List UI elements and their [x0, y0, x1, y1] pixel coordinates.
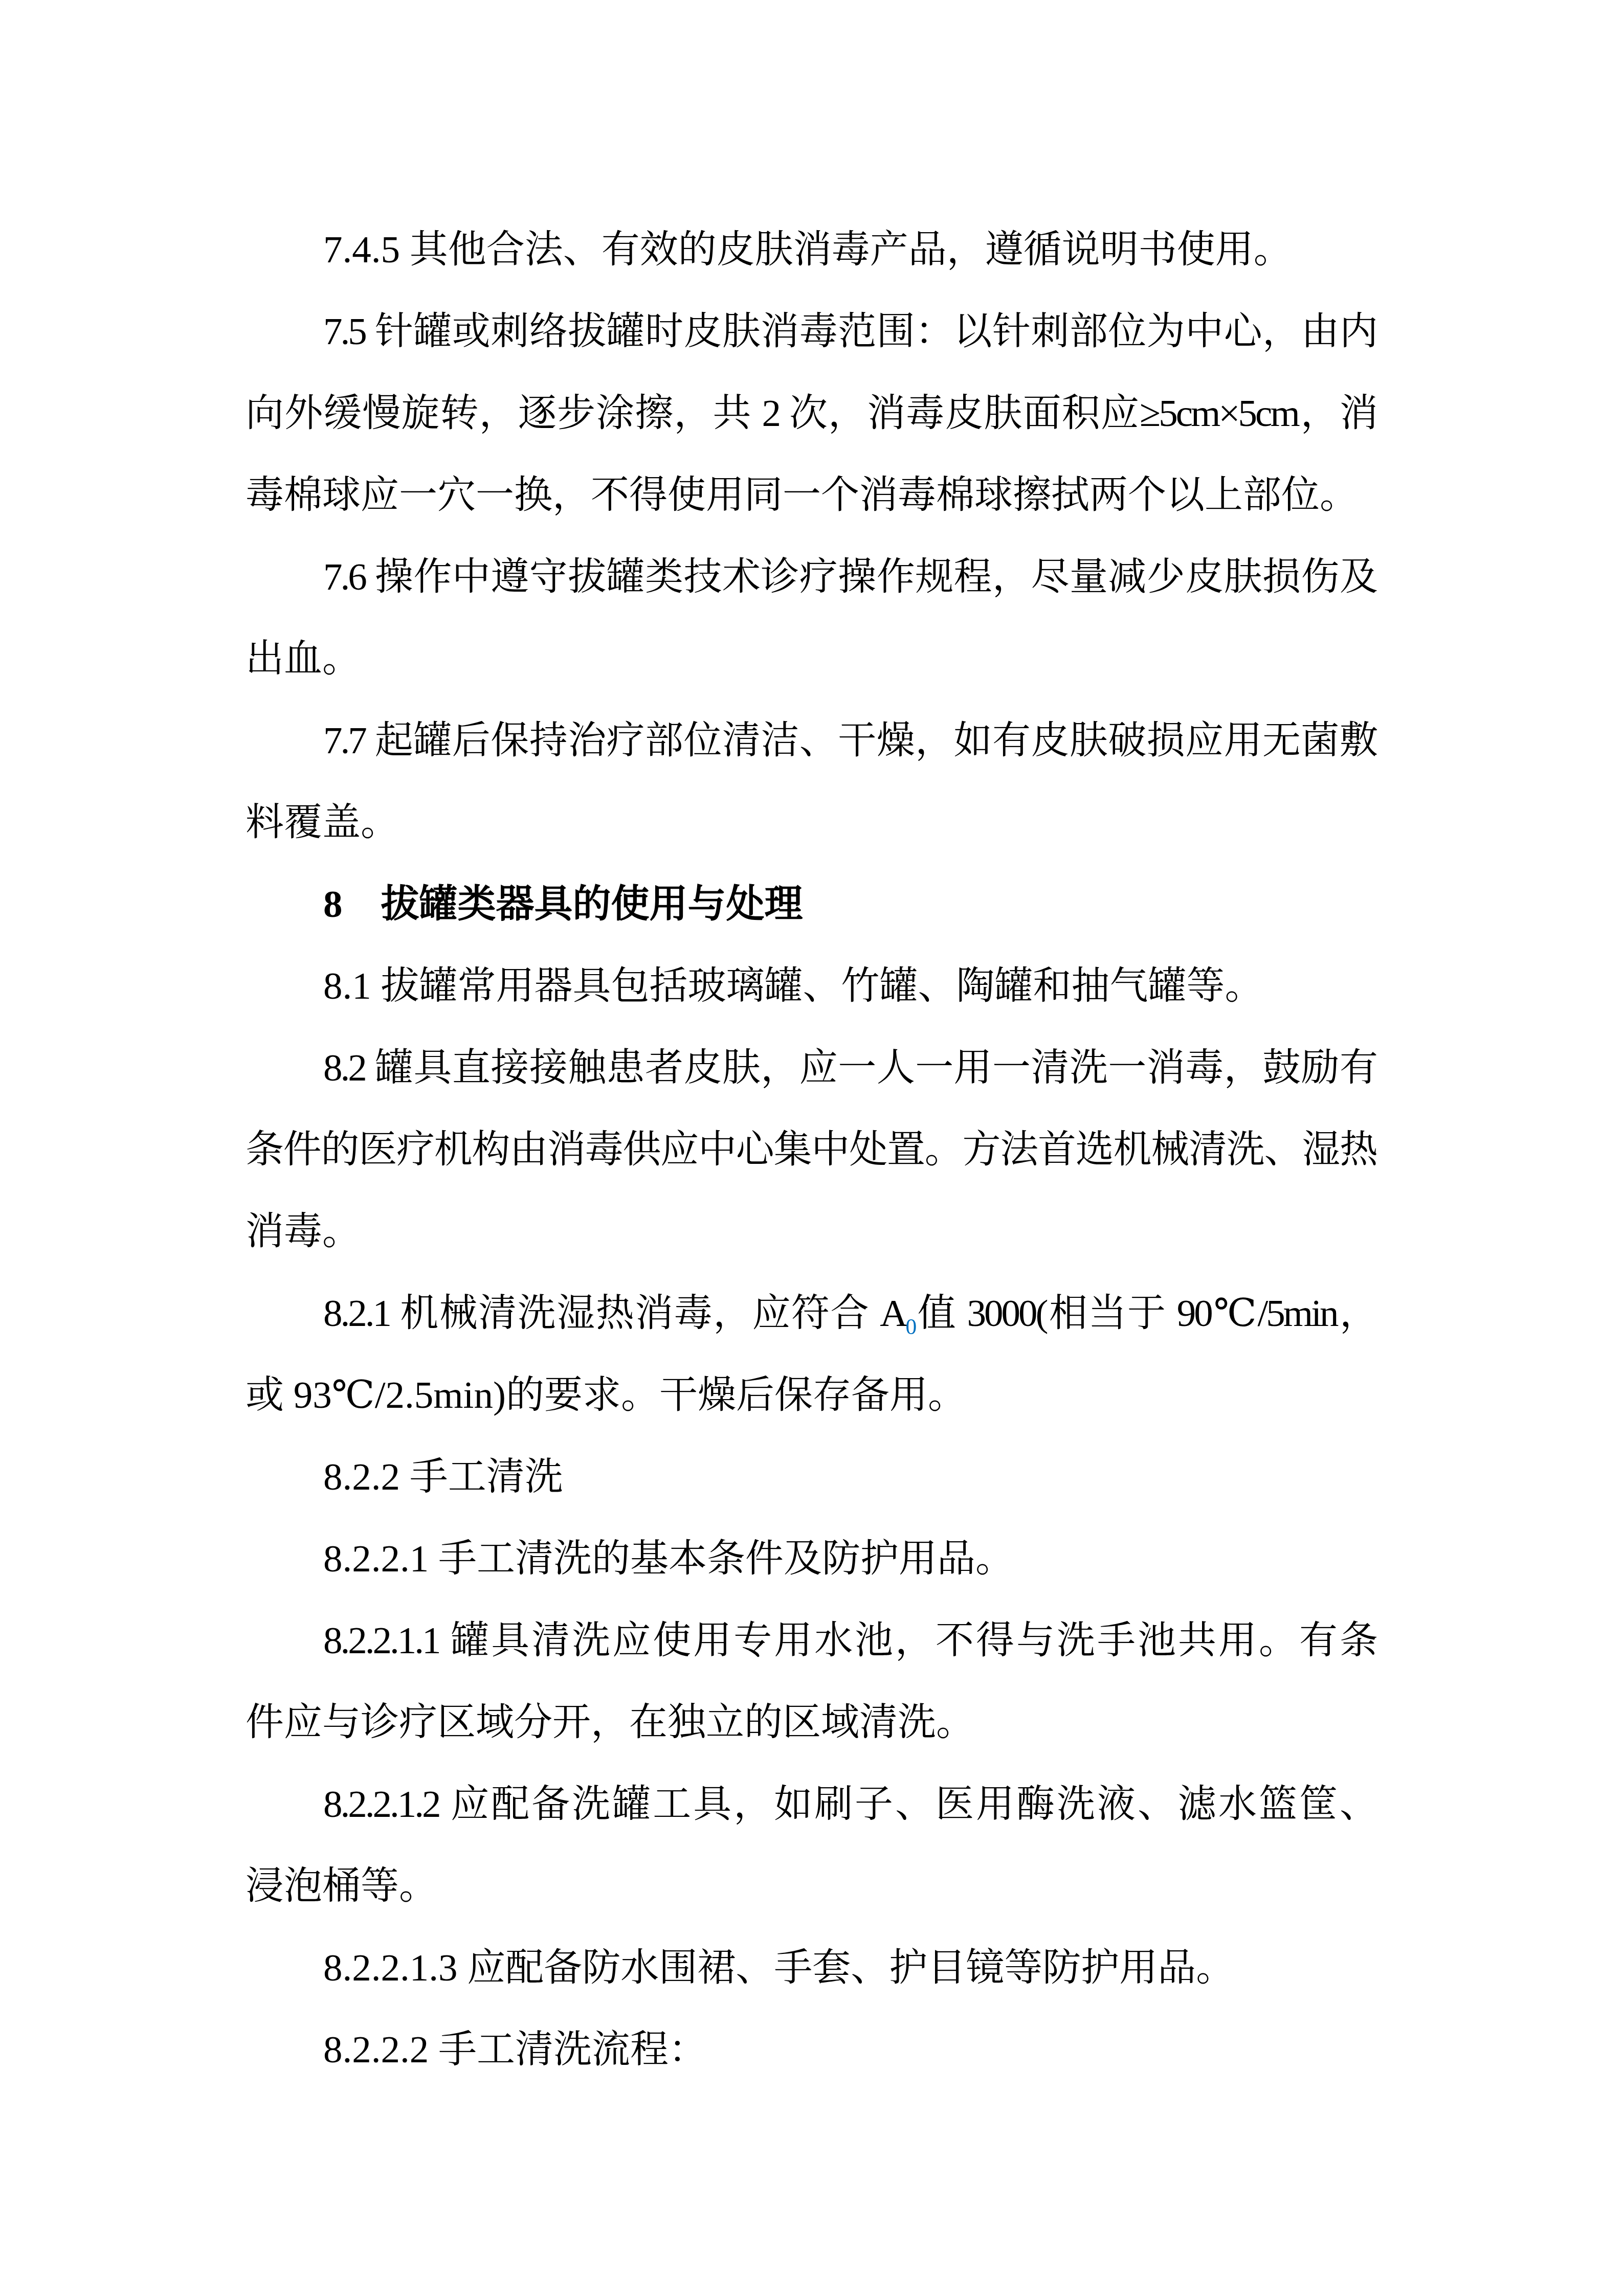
a0-line-after: 值 3000(相当于 90℃/5min，	[915, 1292, 1376, 1335]
line-7-6-cont: 出血。	[246, 618, 1376, 700]
section-8-heading: 8 拔罐类器具的使用与处理	[246, 864, 1376, 946]
line-8-1: 8.1 拔罐常用器具包括玻璃罐、竹罐、陶罐和抽气罐等。	[246, 946, 1376, 1027]
line-7-6: 7.6 操作中遵守拔罐类技术诊疗操作规程，尽量减少皮肤损伤及	[246, 536, 1376, 618]
line-8-2-1: 8.2.1 机械清洗湿热消毒，应符合 A0值 3000(相当于 90℃/5min…	[246, 1273, 1376, 1355]
line-7-7: 7.7 起罐后保持治疗部位清洁、干燥，如有皮肤破损应用无菌敷	[246, 700, 1376, 782]
line-8-2-2-1-1: 8.2.2.1.1 罐具清洗应使用专用水池，不得与洗手池共用。有条	[246, 1600, 1376, 1682]
line-8-2-2-1-3: 8.2.2.1.3 应配备防水围裙、手套、护目镜等防护用品。	[246, 1927, 1376, 2009]
line-7-5-cont-1: 向外缓慢旋转，逐步涂擦，共 2 次，消毒皮肤面积应≥5cm×5cm，消	[246, 373, 1376, 455]
line-8-2-2-1: 8.2.2.1 手工清洗的基本条件及防护用品。	[246, 1518, 1376, 1600]
line-7-5: 7.5 针罐或刺络拔罐时皮肤消毒范围：以针刺部位为中心，由内	[246, 291, 1376, 373]
line-8-2-2-1-1-cont: 件应与诊疗区域分开，在独立的区域清洗。	[246, 1682, 1376, 1764]
line-8-2-2-2: 8.2.2.2 手工清洗流程：	[246, 2009, 1376, 2091]
line-7-4-5: 7.4.5 其他合法、有效的皮肤消毒产品，遵循说明书使用。	[246, 209, 1376, 291]
document-page: 7.4.5 其他合法、有效的皮肤消毒产品，遵循说明书使用。 7.5 针罐或刺络拔…	[0, 0, 1624, 2296]
line-8-2-2: 8.2.2 手工清洗	[246, 1436, 1376, 1518]
line-8-2: 8.2 罐具直接接触患者皮肤，应一人一用一清洗一消毒，鼓励有	[246, 1027, 1376, 1109]
line-7-5-cont-2: 毒棉球应一穴一换，不得使用同一个消毒棉球擦拭两个以上部位。	[246, 455, 1376, 536]
line-7-7-cont: 料覆盖。	[246, 782, 1376, 864]
line-8-2-1-cont: 或 93℃/2.5min)的要求。干燥后保存备用。	[246, 1355, 1376, 1436]
a0-subscript: 0	[906, 1315, 915, 1339]
a0-line-before: 8.2.1 机械清洗湿热消毒，应符合 A	[323, 1292, 906, 1335]
document-body: 7.4.5 其他合法、有效的皮肤消毒产品，遵循说明书使用。 7.5 针罐或刺络拔…	[246, 209, 1376, 2091]
line-8-2-2-1-2-cont: 浸泡桶等。	[246, 1845, 1376, 1927]
line-8-2-cont-1: 条件的医疗机构由消毒供应中心集中处置。方法首选机械清洗、湿热	[246, 1109, 1376, 1191]
line-8-2-cont-2: 消毒。	[246, 1191, 1376, 1273]
line-8-2-2-1-2: 8.2.2.1.2 应配备洗罐工具，如刷子、医用酶洗液、滤水篮筐、	[246, 1764, 1376, 1845]
